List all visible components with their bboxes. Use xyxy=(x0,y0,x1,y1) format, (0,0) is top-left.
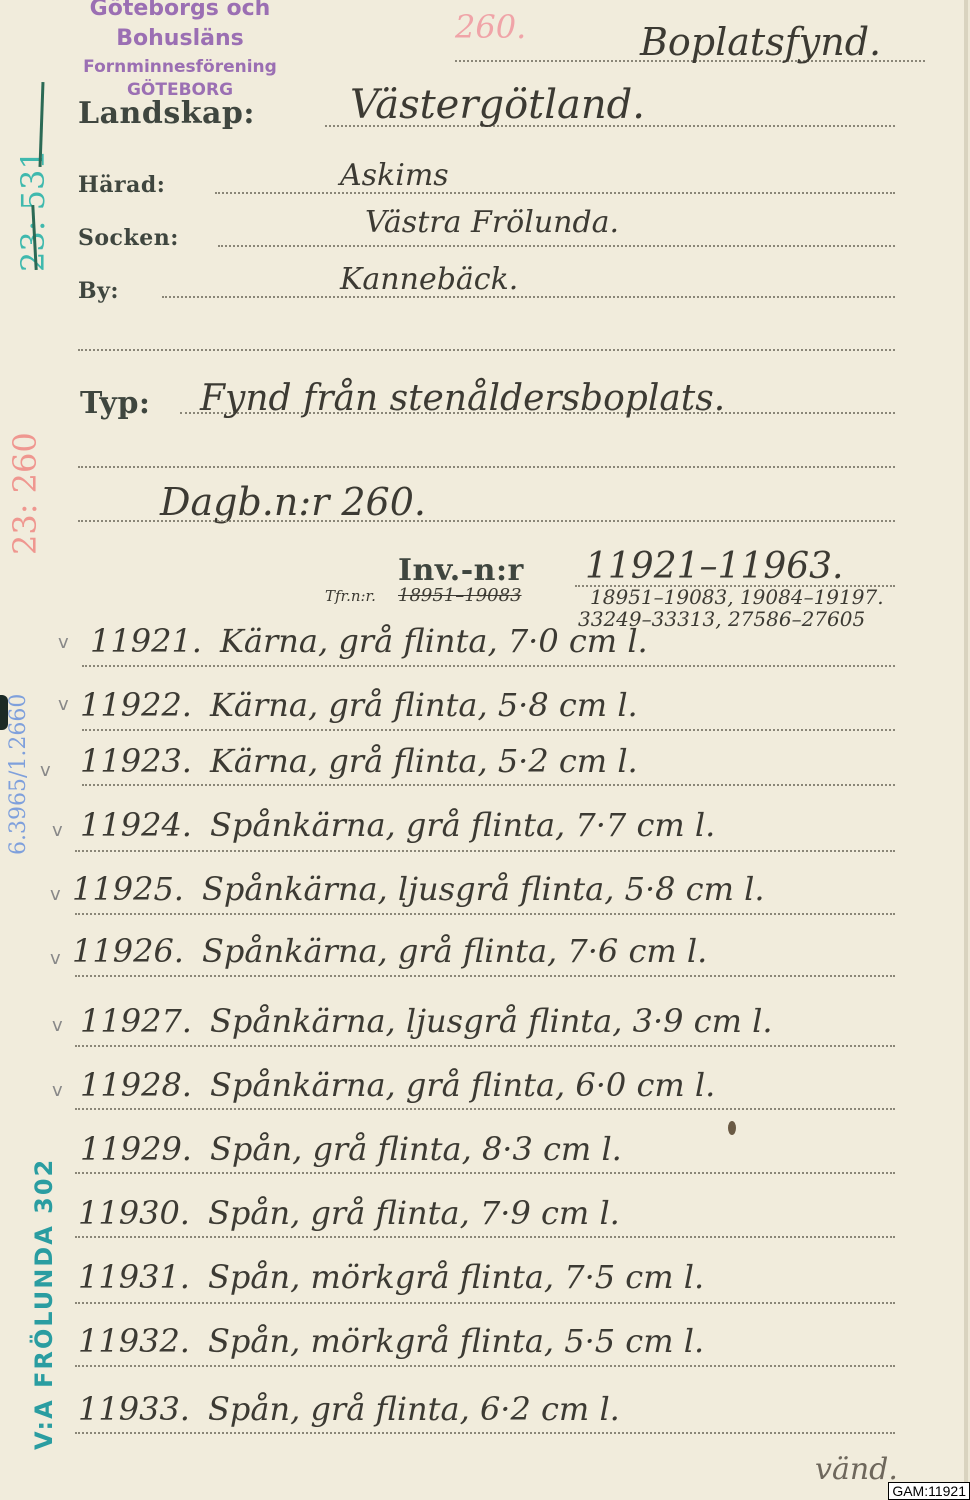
item-description: Spånkärna, ljusgrå flinta, 5·8 cm l. xyxy=(202,870,764,908)
category: Boplatsfynd. xyxy=(640,20,881,64)
socken-label: Socken: xyxy=(78,225,179,251)
margin-teal-stamp: V:A FRÖLUNDA 302 xyxy=(30,1158,58,1450)
item-text: 11933.Spån, grå flinta, 6·2 cm l. xyxy=(78,1390,620,1428)
diary-number: Dagb.n:r 260. xyxy=(160,480,426,524)
institution-stamp: Göteborgs och Bohusläns Fornminnesföreni… xyxy=(50,0,310,100)
ink-blot xyxy=(0,695,8,730)
item-description: Kärna, grå flinta, 5·8 cm l. xyxy=(210,686,638,724)
item-text: 11931.Spån, mörkgrå flinta, 7·5 cm l. xyxy=(78,1258,704,1296)
item-description: Spån, grå flinta, 7·9 cm l. xyxy=(208,1194,620,1232)
typ-label: Typ: xyxy=(80,386,151,421)
blank-line xyxy=(78,349,895,351)
top-red-number: 260. xyxy=(455,8,526,46)
check-mark: v xyxy=(58,694,69,715)
item-text: 11930.Spån, grå flinta, 7·9 cm l. xyxy=(78,1194,620,1232)
item-number: 11924. xyxy=(80,806,210,844)
margin-blue-pencil: 6.3965/1.2660 xyxy=(6,694,31,855)
typ-value: Fynd från stenåldersboplats. xyxy=(200,378,725,419)
item-number: 11922. xyxy=(80,686,210,724)
item-number: 11931. xyxy=(78,1258,208,1296)
item-number: 11926. xyxy=(72,932,202,970)
old-numbers-prefix: Tfr.n:r. xyxy=(325,587,376,605)
harad-line xyxy=(215,192,895,194)
by-label: By: xyxy=(78,278,119,304)
item-number: 11932. xyxy=(78,1322,208,1360)
item-description: Spånkärna, ljusgrå flinta, 3·9 cm l. xyxy=(210,1002,772,1040)
item-text: 11929.Spån, grå flinta, 8·3 cm l. xyxy=(80,1130,622,1168)
item-text: 11921.Kärna, grå flinta, 7·0 cm l. xyxy=(90,622,648,660)
extra-line-2 xyxy=(78,520,895,522)
extra-line-1 xyxy=(78,466,895,468)
item-line xyxy=(82,665,895,667)
item-text: 11925.Spånkärna, ljusgrå flinta, 5·8 cm … xyxy=(72,870,764,908)
item-number: 11927. xyxy=(80,1002,210,1040)
item-line xyxy=(75,1172,895,1174)
item-line xyxy=(75,1108,895,1110)
check-mark: v xyxy=(50,948,61,969)
by-value: Kannebäck. xyxy=(340,262,518,297)
item-line xyxy=(82,784,895,786)
check-mark: v xyxy=(52,1015,63,1036)
by-line xyxy=(162,296,895,298)
check-mark: v xyxy=(50,884,61,905)
item-line xyxy=(75,850,895,852)
item-number: 11923. xyxy=(80,742,210,780)
item-line xyxy=(82,729,895,731)
item-text: 11924.Spånkärna, grå flinta, 7·7 cm l. xyxy=(80,806,715,844)
stamp-line-3: Fornminnesförening xyxy=(50,54,310,80)
item-line xyxy=(75,1365,895,1367)
check-mark: v xyxy=(52,1080,63,1101)
item-line xyxy=(75,1236,895,1238)
item-number: 11928. xyxy=(80,1066,210,1104)
landskap-value: Västergötland. xyxy=(350,82,645,128)
check-mark: v xyxy=(52,820,63,841)
item-description: Kärna, grå flinta, 7·0 cm l. xyxy=(220,622,648,660)
item-description: Spån, grå flinta, 8·3 cm l. xyxy=(210,1130,622,1168)
item-line xyxy=(75,1302,895,1304)
item-number: 11933. xyxy=(78,1390,208,1428)
stamp-line-1: Göteborgs och xyxy=(50,0,310,24)
old-numbers-struck: 18951–19083 xyxy=(398,585,522,606)
item-description: Spånkärna, grå flinta, 7·7 cm l. xyxy=(210,806,715,844)
item-text: 11928.Spånkärna, grå flinta, 6·0 cm l. xyxy=(80,1066,715,1104)
item-description: Spån, mörkgrå flinta, 7·5 cm l. xyxy=(208,1258,704,1296)
socken-line xyxy=(218,245,895,247)
item-number: 11929. xyxy=(80,1130,210,1168)
item-description: Spån, mörkgrå flinta, 5·5 cm l. xyxy=(208,1322,704,1360)
item-number: 11921. xyxy=(90,622,220,660)
stamp-line-2: Bohusläns xyxy=(50,24,310,54)
harad-label: Härad: xyxy=(78,172,165,198)
margin-red-pencil: 23: 260 xyxy=(6,432,44,555)
item-text: 11922.Kärna, grå flinta, 5·8 cm l. xyxy=(80,686,638,724)
item-number: 11930. xyxy=(78,1194,208,1232)
item-description: Spånkärna, grå flinta, 6·0 cm l. xyxy=(210,1066,715,1104)
item-text: 11927.Spånkärna, ljusgrå flinta, 3·9 cm … xyxy=(80,1002,772,1040)
harad-value: Askims xyxy=(340,158,449,193)
socken-value: Västra Frölunda. xyxy=(365,205,619,240)
item-text: 11932.Spån, mörkgrå flinta, 5·5 cm l. xyxy=(78,1322,704,1360)
inventory-value: 11921–11963. xyxy=(585,546,844,587)
item-number: 11925. xyxy=(72,870,202,908)
item-text: 11923.Kärna, grå flinta, 5·2 cm l. xyxy=(80,742,638,780)
item-line xyxy=(75,1432,895,1434)
old-numbers-line-1: 18951–19083, 19084–19197. xyxy=(590,585,884,609)
check-mark: v xyxy=(58,632,69,653)
item-description: Kärna, grå flinta, 5·2 cm l. xyxy=(210,742,638,780)
item-text: 11926.Spånkärna, grå flinta, 7·6 cm l. xyxy=(72,932,707,970)
footer-id: GAM:11921 xyxy=(888,1482,970,1500)
turn-note: vänd. xyxy=(815,1452,898,1487)
landskap-label: Landskap: xyxy=(78,96,255,131)
item-description: Spånkärna, grå flinta, 7·6 cm l. xyxy=(202,932,707,970)
ink-spot xyxy=(728,1121,736,1135)
catalog-card: Göteborgs och Bohusläns Fornminnesföreni… xyxy=(0,0,968,1500)
inventory-label: Inv.-n:r xyxy=(398,553,524,588)
item-description: Spån, grå flinta, 6·2 cm l. xyxy=(208,1390,620,1428)
item-line xyxy=(75,913,895,915)
item-line xyxy=(75,975,895,977)
item-line xyxy=(75,1045,895,1047)
check-mark: v xyxy=(40,760,51,781)
